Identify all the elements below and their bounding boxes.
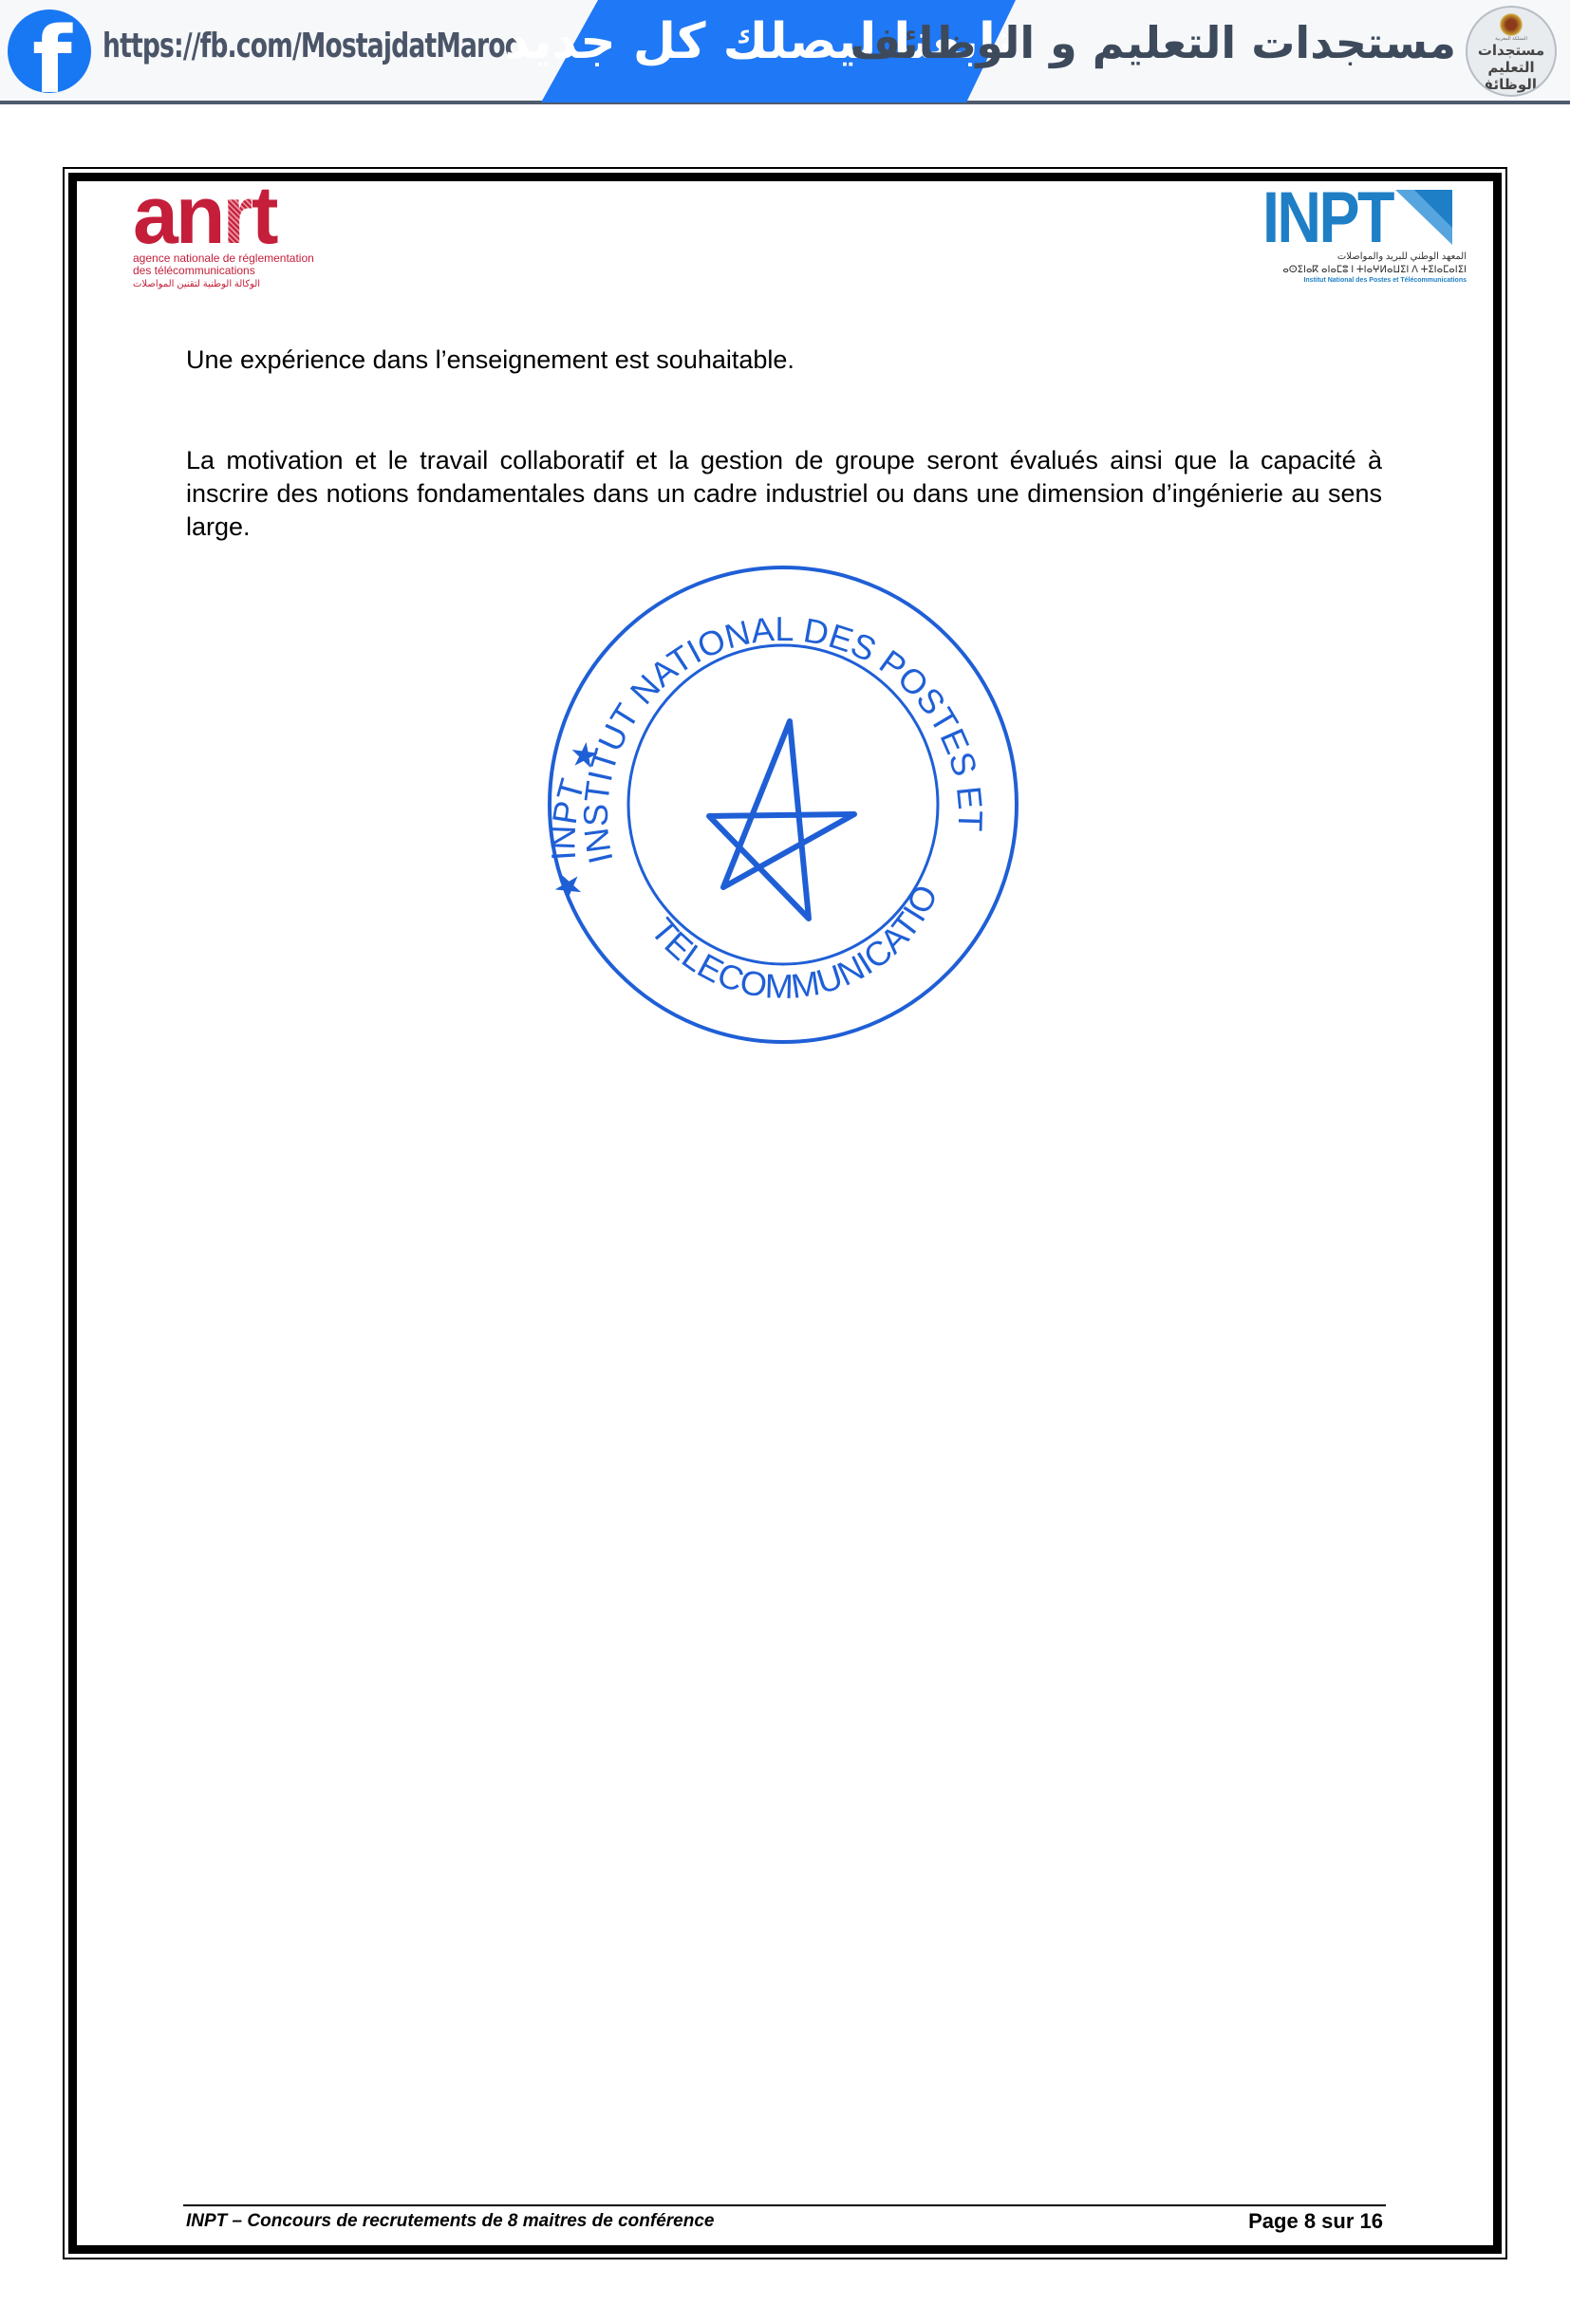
anrt-line2: des télécommunications xyxy=(133,265,342,277)
inpt-english: Institut National des Postes et Télécomm… xyxy=(1262,277,1467,284)
site-logo: المملكة المغربية مستجدات التعليم والوظائ… xyxy=(1466,6,1557,97)
inpt-tifinagh: ⴰⵙⵉⵏⴰⴽ ⴰⵏⴰⵎⵓ ⵏ ⵜⵏⴰⵖⵍⴰⵡⵉⵏ ⴷ ⵜⵉⵏⴰⵎⴰⵏⵉⵏ xyxy=(1262,264,1467,277)
inpt-triangle-icon xyxy=(1414,190,1452,228)
paragraph-motivation: La motivation et le travail collaboratif… xyxy=(186,444,1382,544)
site-logo-name-1: مستجدات التعليم xyxy=(1467,42,1555,76)
anrt-arabic: الوكالة الوطنية لتقنين المواصلات xyxy=(133,279,342,289)
paragraph-experience: Une expérience dans l’enseignement est s… xyxy=(186,344,1382,377)
page-number: Page 8 sur 16 xyxy=(1248,2209,1383,2234)
site-title: مستجدات التعليم و الوظائف xyxy=(850,17,1456,68)
inpt-wordmark: INPT xyxy=(1262,186,1392,251)
anrt-logo: anrt agence nationale de réglementation … xyxy=(133,178,342,289)
inpt-logo: INPT المعهد الوطني للبريد والمواصلات ⴰⵙⵉ… xyxy=(1262,186,1467,284)
facebook-icon[interactable]: f xyxy=(8,9,91,93)
footer-rule xyxy=(183,2204,1386,2206)
coat-of-arms-icon xyxy=(1499,13,1523,36)
facebook-url-link[interactable]: https://fb.com/MostajdatMaroc xyxy=(103,27,519,65)
official-stamp: INSTITUT NATIONAL DES POSTES ET TELECOMM… xyxy=(541,560,1025,1049)
anrt-wordmark: anrt xyxy=(133,178,342,252)
footer-title: INPT – Concours de recrutements de 8 mai… xyxy=(186,2211,714,2232)
